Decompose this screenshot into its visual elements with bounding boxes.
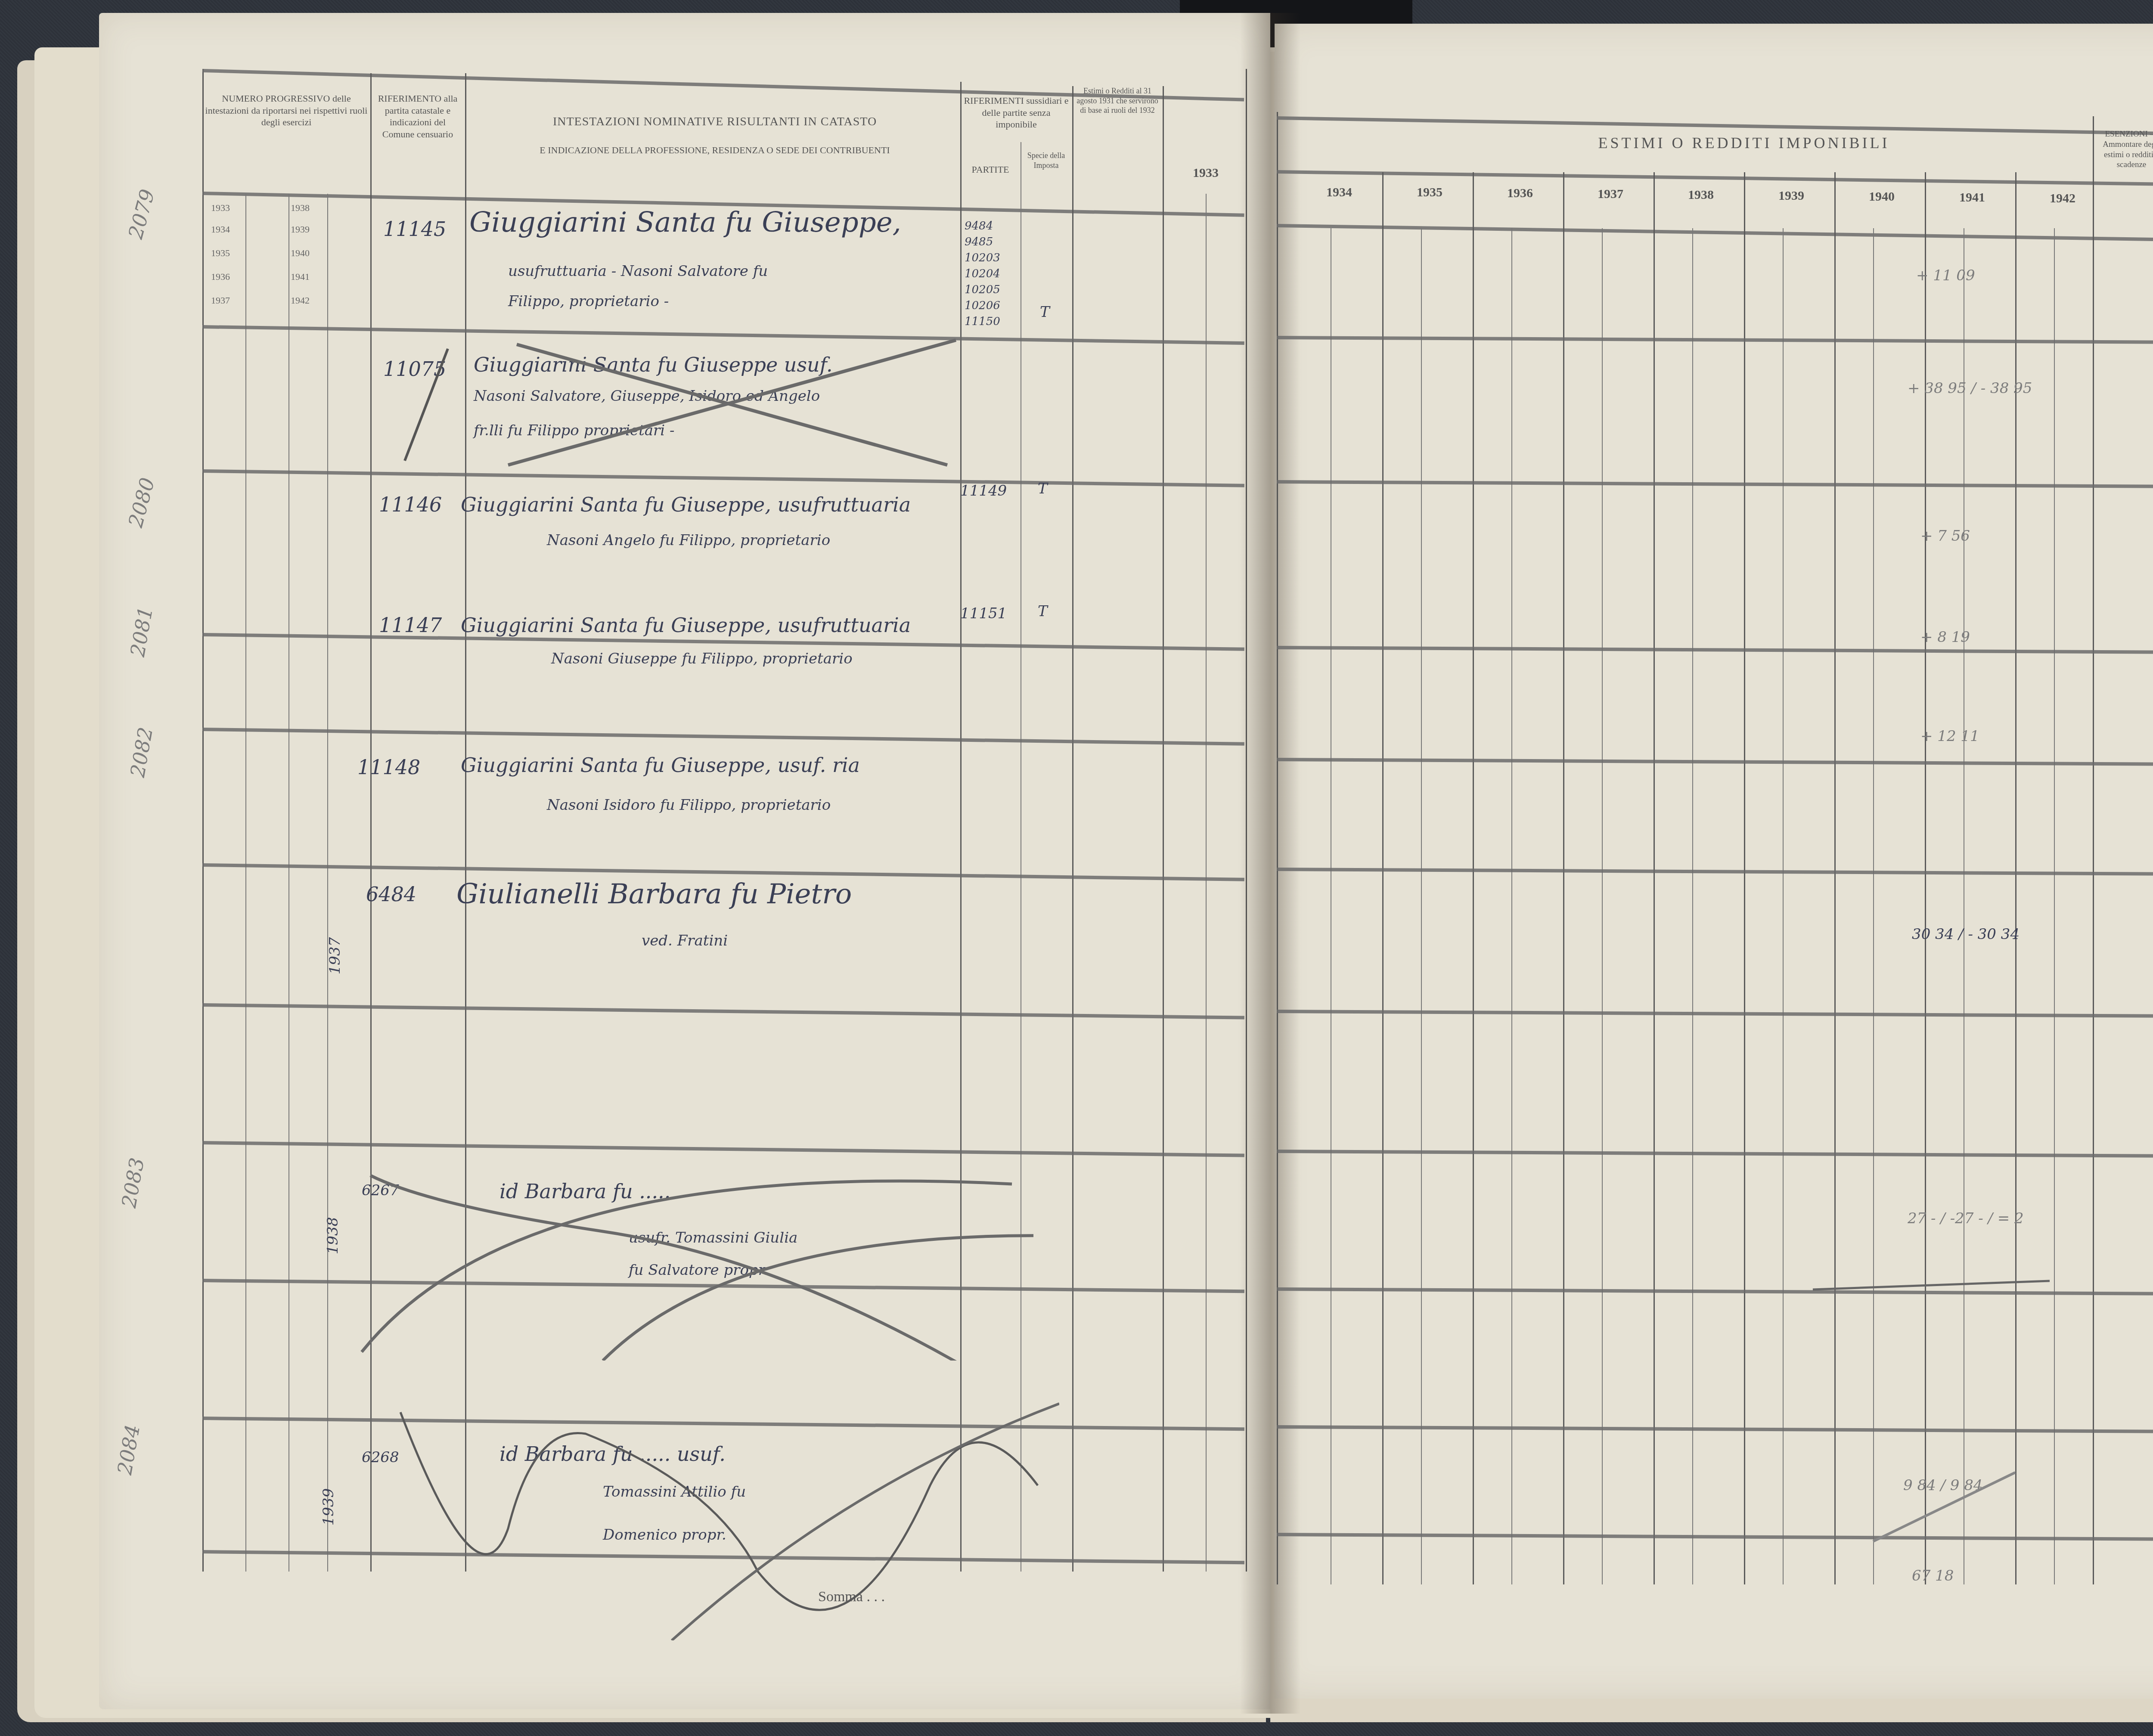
cents-divider	[1783, 228, 1784, 1584]
year-label: 1942	[291, 295, 310, 306]
header-year: 1938	[1658, 188, 1744, 202]
header-riferimento: RIFERIMENTO alla partita catastale e ind…	[372, 93, 463, 140]
col-divider	[1163, 86, 1164, 1572]
year-label: 1936	[211, 271, 230, 282]
intestazione-line2: Nasoni Isidoro fu Filippo, proprietario	[547, 797, 831, 814]
left-register-table	[202, 69, 1247, 1572]
partita-number: 6484	[366, 883, 416, 906]
value-1941: + 11 09	[1916, 267, 1975, 284]
cents-divider	[1602, 228, 1603, 1584]
header-esenzioni: ESENZIONI — Ammontare degli estimi o red…	[2095, 129, 2153, 170]
intestazione-line1: Giuggiarini Santa fu Giuseppe usuf.	[474, 353, 833, 376]
header-year: 1936	[1477, 186, 1563, 201]
partita-number: 11146	[379, 493, 442, 516]
col-divider	[1834, 172, 1836, 1584]
col-divider	[2093, 116, 2094, 1584]
value-1941: 27 - / -27 - / = 2	[1908, 1210, 2024, 1227]
col-divider	[1654, 172, 1655, 1584]
value-1941: + 8 19	[1920, 629, 1970, 646]
partita-number: 11145	[383, 217, 446, 241]
cents-divider	[1421, 228, 1422, 1584]
right-register-table	[1277, 112, 2153, 1584]
col-divider	[1563, 172, 1564, 1584]
intestazione-line1: Giuggiarini Santa fu Giuseppe, usufruttu…	[461, 614, 911, 637]
intestazione-line3: Filippo, proprietario -	[508, 293, 669, 310]
header-year: 1940	[1839, 189, 1925, 204]
intestazione-line1: Giuggiarini Santa fu Giuseppe, usuf. ria	[461, 753, 860, 777]
intestazione-line2: Nasoni Angelo fu Filippo, proprietario	[547, 532, 830, 549]
intestazione-line2: ved. Fratini	[642, 932, 728, 949]
intestazione-line1: Giuggiarini Santa fu Giuseppe,	[469, 207, 901, 239]
header-partite: PARTITE	[962, 164, 1018, 176]
intestazione-line2: usufr. Tomassini Giulia	[629, 1229, 797, 1246]
header-numero-progressivo: NUMERO PROGRESSIVO delle intestazioni da…	[205, 93, 368, 128]
col-divider	[370, 73, 372, 1572]
year-label: 1935	[211, 248, 230, 259]
value-1941: 30 34 / - 30 34	[1912, 926, 2020, 943]
intestazione-line3: fu Salvatore propr.	[629, 1262, 768, 1279]
partita-number: 6268	[362, 1449, 399, 1466]
intestazione-line1: id Barbara fu .....	[499, 1180, 670, 1203]
intestazione-line1: Giuggiarini Santa fu Giuseppe, usufruttu…	[461, 493, 911, 516]
col-divider	[960, 82, 962, 1572]
value-1941: + 7 56	[1920, 527, 1970, 545]
year-label: 1939	[291, 224, 310, 235]
col-divider	[245, 194, 246, 1572]
header-estimi-redditi: ESTIMI O REDDITI IMPONIBILI	[1292, 133, 2153, 153]
year-label: 1937	[211, 295, 230, 306]
col-divider	[1382, 172, 1384, 1584]
header-year: 1934	[1296, 185, 1382, 200]
year-label: 1941	[291, 271, 310, 282]
intestazione-line2: Tomassini Attilio fu	[603, 1483, 746, 1500]
year-label: 1934	[211, 224, 230, 235]
partita-number: 6267	[362, 1182, 399, 1199]
intestazione-line1: id Barbara fu ..... usuf.	[499, 1442, 726, 1466]
sub-partita: 11151	[960, 605, 1007, 622]
specie-imposta: T	[1040, 304, 1050, 321]
side-year: 1939	[320, 1488, 337, 1526]
header-year: 1937	[1567, 187, 1654, 201]
partita-number: 11148	[357, 756, 420, 779]
col-divider	[1473, 172, 1474, 1584]
header-estimi-1931: Estimi o Redditi al 31 agosto 1931 che s…	[1074, 86, 1160, 115]
header-year: 1935	[1387, 185, 1473, 200]
header-riferimenti: RIFERIMENTI sussidiari e delle partite s…	[962, 95, 1070, 130]
col-divider	[327, 194, 328, 1572]
value-1941: + 12 11	[1920, 728, 1979, 745]
col-divider	[1744, 172, 1745, 1584]
side-year: 1937	[326, 937, 344, 975]
year-label: 1938	[291, 202, 310, 214]
cents-divider	[1964, 228, 1964, 1584]
cents-divider	[1692, 228, 1693, 1584]
intestazione-line1: Giulianelli Barbara fu Pietro	[456, 878, 852, 910]
somma-label: Somma . . .	[818, 1589, 885, 1605]
cents-divider	[1511, 228, 1512, 1584]
header-year: 1941	[1929, 190, 2015, 205]
header-year: 1939	[1748, 189, 1834, 203]
cents-divider	[2054, 228, 2055, 1584]
specie-imposta: T	[1038, 480, 1048, 497]
intestazione-line2: usufruttuaria - Nasoni Salvatore fu	[508, 263, 768, 280]
year-label: 1933	[211, 202, 230, 214]
somma-1941-value: 67 18	[1912, 1567, 1954, 1584]
intestazione-line2: Nasoni Salvatore, Giuseppe, Isidoro ed A…	[474, 387, 820, 405]
col-divider	[465, 73, 466, 1572]
header-year-1933: 1933	[1167, 166, 1244, 180]
sub-partite-list: 948494851020310204102051020611150	[965, 202, 1000, 330]
cents-divider	[1331, 228, 1331, 1584]
value-1941: 9 84 / 9 84	[1903, 1477, 1982, 1494]
intestazione-line3: Domenico propr.	[603, 1526, 726, 1544]
col-divider	[289, 194, 289, 1572]
header-intestazioni: INTESTAZIONI NOMINATIVE RISULTANTI IN CA…	[474, 114, 956, 129]
header-specie-imposta: Specie della Imposta	[1021, 151, 1071, 170]
value-1941: + 38 95 / - 38 95	[1908, 379, 2032, 398]
intestazione-line3: fr.lli fu Filippo proprietari -	[474, 422, 675, 439]
sub-partita: 11149	[960, 482, 1007, 499]
form-code: Mod. 111 - Imposte Dirette (Intercalare)…	[2127, 93, 2153, 105]
year-label: 1940	[291, 248, 310, 259]
col-divider	[1021, 142, 1021, 1572]
col-divider	[1206, 194, 1207, 1572]
partita-number: 11147	[379, 614, 442, 637]
col-divider	[1072, 86, 1073, 1572]
intestazione-line2: Nasoni Giuseppe fu Filippo, proprietario	[551, 650, 853, 667]
side-year: 1938	[324, 1217, 341, 1255]
specie-imposta: T	[1038, 603, 1048, 620]
partita-number: 11075	[383, 357, 446, 381]
cents-divider	[1873, 228, 1874, 1584]
header-intestazioni-sub: E INDICAZIONE DELLA PROFESSIONE, RESIDEN…	[474, 144, 956, 156]
